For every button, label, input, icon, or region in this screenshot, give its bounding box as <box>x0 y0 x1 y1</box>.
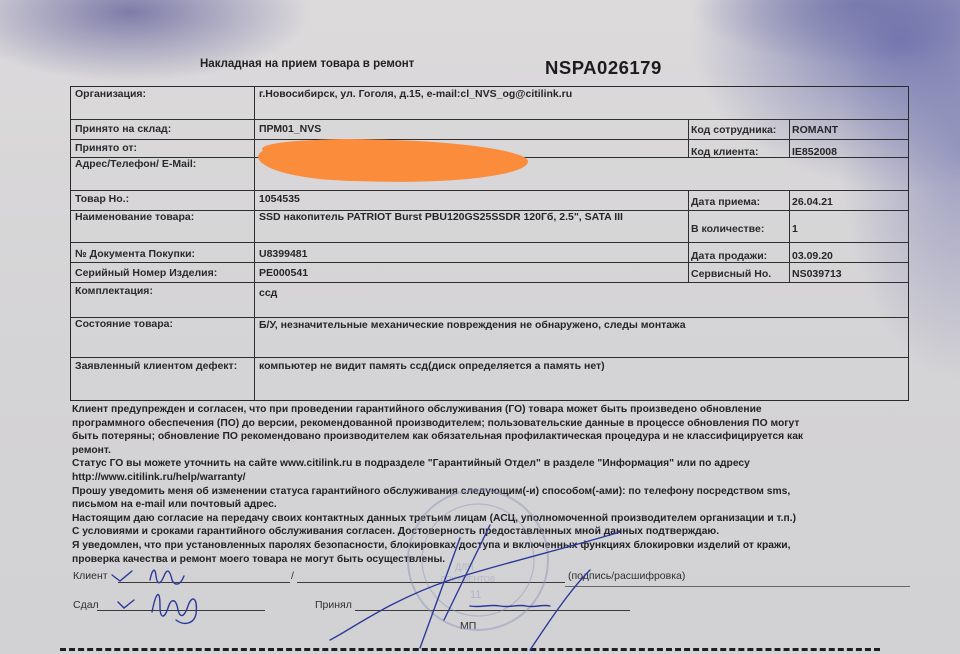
handed-label: Сдал <box>73 599 99 611</box>
client-signature-label: Клиент <box>73 570 108 582</box>
value-item-no: 1054535 <box>259 193 300 205</box>
value-service-no: NS039713 <box>792 268 842 280</box>
label-quantity: В количестве: <box>691 223 764 235</box>
terms-line: Я уведомлен, что при установленных парол… <box>72 539 902 553</box>
received-signature-line <box>355 610 630 611</box>
label-client-code: Код клиента: <box>691 146 758 158</box>
label-service-no: Сервисный Но. <box>691 268 771 280</box>
terms-line: Статус ГО вы можете уточнить на сайте ww… <box>72 457 902 471</box>
value-serial: PE000541 <box>259 267 308 279</box>
cut-line <box>60 648 880 651</box>
label-employee-code: Код сотрудника: <box>691 124 776 136</box>
client-name-line <box>297 582 565 583</box>
terms-line: быть потеряны; обновление ПО рекомендова… <box>72 430 902 444</box>
signature-separator: / <box>291 570 294 582</box>
stamp-label: МП <box>460 620 476 632</box>
label-organization: Организация: <box>75 88 146 100</box>
redaction-mark <box>262 140 392 158</box>
received-label: Принял <box>315 599 352 611</box>
label-condition: Состояние товара: <box>75 318 173 330</box>
terms-line: Настоящим даю согласие на передачу своих… <box>72 512 902 526</box>
warranty-link[interactable]: http://www.citilink.ru/help/warranty/ <box>72 471 902 485</box>
value-client-code: IE852008 <box>792 146 837 158</box>
label-item-name: Наименование товара: <box>75 211 194 223</box>
label-defect: Заявленный клиентом дефект: <box>75 360 237 372</box>
handed-signature-line <box>97 610 265 611</box>
label-sale-date: Дата продажи: <box>691 250 767 262</box>
label-receipt-date: Дата приема: <box>691 196 760 208</box>
terms-line: программного обеспечения (ПО) до версии,… <box>72 417 902 431</box>
value-item-name: SSD накопитель PATRIOT Burst PBU120GS25S… <box>259 211 623 223</box>
terms-line: С условиями и сроками гарантийного обслу… <box>72 525 902 539</box>
value-defect: компьютер не видит память ссд(диск опред… <box>259 360 605 372</box>
value-purchase-doc: U8399481 <box>259 248 307 260</box>
document-number: NSPA026179 <box>545 57 662 79</box>
value-warehouse: ПРМ01_NVS <box>259 123 321 135</box>
terms-line: Прошу уведомить меня об изменении статус… <box>72 485 902 499</box>
value-sale-date: 03.09.20 <box>792 250 833 262</box>
signature-hint: (подпись/расшифровка) <box>568 570 685 582</box>
value-employee-code: ROMANT <box>792 124 838 136</box>
label-purchase-doc: № Документа Покупки: <box>75 248 195 260</box>
label-accepted-from: Принято от: <box>75 142 137 154</box>
value-quantity: 1 <box>792 223 798 235</box>
terms-text: Клиент предупрежден и согласен, что при … <box>72 403 902 566</box>
label-serial: Серийный Номер Изделия: <box>75 267 217 279</box>
client-signature-line <box>118 582 290 583</box>
value-receipt-date: 26.04.21 <box>792 196 833 208</box>
terms-line: Клиент предупрежден и согласен, что при … <box>72 403 902 417</box>
value-organization: г.Новосибирск, ул. Гоголя, д.15, e-mail:… <box>259 88 572 100</box>
repair-form-table <box>70 86 909 401</box>
label-item-no: Товар Но.: <box>75 193 129 205</box>
terms-line: письмом на e-mail или почтовый адрес. <box>72 498 902 512</box>
document-title: Накладная на прием товара в ремонт <box>200 58 414 70</box>
value-kit: ссд <box>259 287 277 299</box>
label-kit: Комплектация: <box>75 285 153 297</box>
terms-line: ремонт. <box>72 444 902 458</box>
label-warehouse: Принято на склад: <box>75 123 171 135</box>
value-condition: Б/У, незначительные механические поврежд… <box>259 319 686 331</box>
divider <box>565 586 910 587</box>
label-contact: Адрес/Телефон/ E-Mail: <box>75 158 196 170</box>
terms-line: проверка качества и ремонт моего товара … <box>72 553 902 567</box>
